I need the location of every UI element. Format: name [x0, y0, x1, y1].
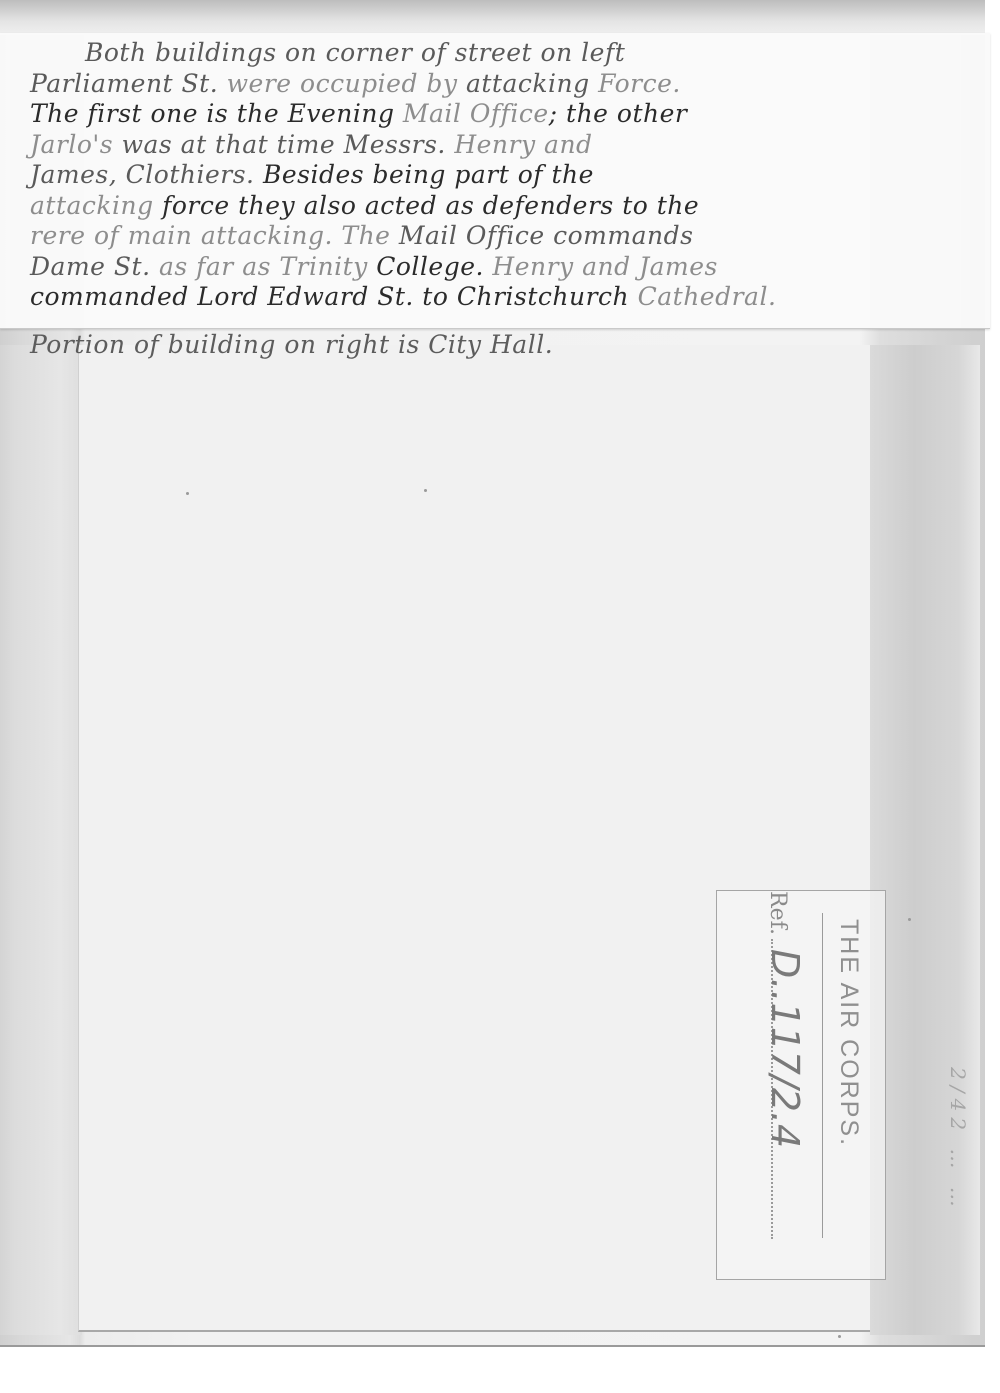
caption-tail-line: Portion of building on right is City Hal…	[30, 330, 553, 359]
caption-line: attacking force they also acted as defen…	[30, 191, 980, 222]
caption-segment: attacking	[30, 191, 162, 220]
caption-segment: Dame St.	[30, 252, 159, 281]
caption-segment: Henry and	[454, 130, 592, 159]
caption-line: Both buildings on corner of street on le…	[30, 38, 980, 69]
caption-line: rere of main attacking. The Mail Office …	[30, 221, 980, 252]
paper-speck	[908, 918, 911, 921]
caption-segment: as far as Trinity	[159, 252, 376, 281]
caption-segment: Parliament St.	[30, 69, 227, 98]
archive-stamp: THE AIR CORPS. Ref. D..117/2.4	[716, 890, 886, 1280]
caption-line: Dame St. as far as Trinity College. Henr…	[30, 252, 980, 283]
caption-segment: The first one is the Evening	[30, 99, 403, 128]
paper-speck	[838, 1335, 841, 1338]
edge-pencil-notes-text: 2/42 … …	[940, 980, 970, 1300]
caption-segment: were occupied by	[227, 69, 466, 98]
caption-segment: Mail Office	[403, 99, 549, 128]
caption-line: Jarlo's was at that time Messrs. Henry a…	[30, 130, 980, 161]
caption-segment: James, Clothiers.	[30, 160, 263, 189]
stamp-ref-label: Ref.	[765, 891, 790, 935]
caption-segment: ; the other	[549, 99, 688, 128]
caption-line: Parliament St. were occupied by attackin…	[30, 69, 980, 100]
left-shadow	[0, 345, 82, 1335]
edge-pencil-notes: 2/42 … …	[935, 980, 975, 1300]
caption-segment: force they also acted as defenders to th…	[162, 191, 699, 220]
caption-segment: College.	[376, 252, 492, 281]
caption-segment: rere of main attacking. The	[30, 221, 399, 250]
paper-speck	[186, 492, 189, 495]
paper-speck	[424, 489, 427, 492]
caption-segment: Mail Office commands	[399, 221, 694, 250]
caption-segment: Henry and James	[492, 252, 717, 281]
stamp-title: THE AIR CORPS.	[834, 919, 863, 1147]
caption-line: James, Clothiers. Besides being part of …	[30, 160, 980, 191]
caption-segment: commanded Lord Edward St. to Christchurc…	[30, 282, 638, 311]
backing-top-shadow	[0, 0, 985, 35]
caption-line: commanded Lord Edward St. to Christchurc…	[30, 282, 980, 313]
caption-segment: attacking	[466, 69, 598, 98]
caption-segment: was at that time Messrs.	[122, 130, 455, 159]
caption-line: The first one is the Evening Mail Office…	[30, 99, 980, 130]
handwritten-caption: Both buildings on corner of street on le…	[30, 38, 980, 313]
caption-segment: Cathedral.	[638, 282, 777, 311]
caption-segment: Both buildings on corner of street on le…	[85, 38, 625, 67]
caption-segment: Force.	[598, 69, 681, 98]
caption-segment: Besides being part of the	[263, 160, 594, 189]
stamp-divider	[822, 913, 823, 1238]
caption-segment: Jarlo's	[30, 130, 122, 159]
stamp-ref-value: D..117/2.4	[763, 949, 807, 1148]
